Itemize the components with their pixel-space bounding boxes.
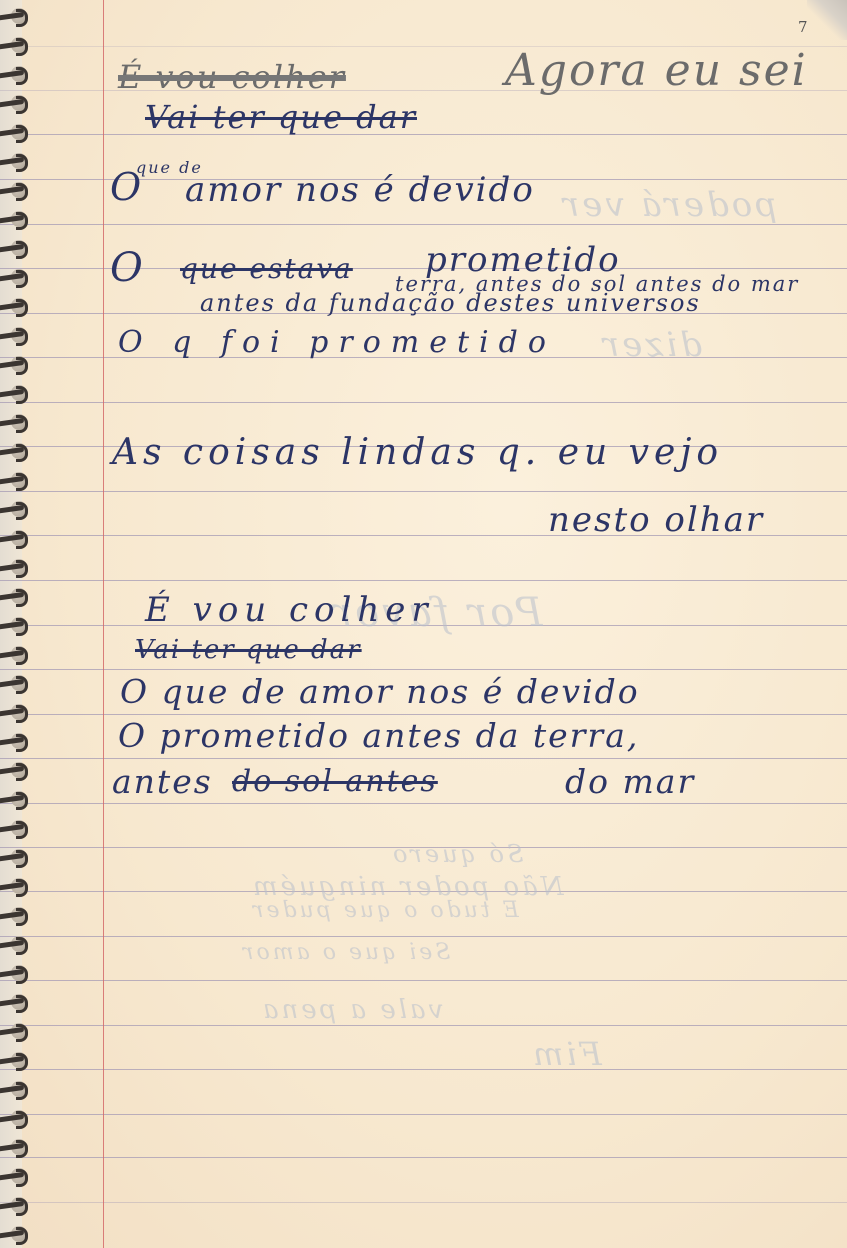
ruled-line xyxy=(0,1069,847,1070)
spiral-ring xyxy=(0,12,30,22)
spiral-ring xyxy=(0,621,30,631)
spiral-ring xyxy=(0,592,30,602)
spiral-ring xyxy=(0,882,30,892)
spiral-ring xyxy=(0,911,30,921)
spiral-ring xyxy=(0,1114,30,1124)
spiral-ring xyxy=(0,1201,30,1211)
handwritten-line-struck: que estava xyxy=(180,252,353,285)
spiral-ring xyxy=(0,302,30,312)
ruled-line xyxy=(0,1157,847,1158)
bleed-through-text: Só quero xyxy=(390,840,523,868)
ruled-line xyxy=(0,714,847,715)
ruled-line xyxy=(0,980,847,981)
handwritten-line: O prometido antes da terra, xyxy=(118,716,639,755)
spiral-ring xyxy=(0,1085,30,1095)
ruled-line xyxy=(0,758,847,759)
handwritten-line: É vou colher xyxy=(145,590,434,630)
bleed-through-text: Sei que o amor xyxy=(240,940,450,965)
margin-line xyxy=(103,0,104,1248)
handwritten-line-struck: Vai ter que dar xyxy=(135,635,362,665)
spiral-ring xyxy=(0,505,30,515)
ruled-line xyxy=(0,1025,847,1026)
notebook-page: 7 poderá ver dizer Por favor Só quero Nã… xyxy=(0,0,847,1248)
spiral-ring xyxy=(0,1230,30,1240)
spiral-ring xyxy=(0,824,30,834)
spiral-ring xyxy=(0,650,30,660)
handwritten-line: nesto olhar xyxy=(548,500,764,540)
handwritten-line: antes xyxy=(112,762,213,801)
ruled-line xyxy=(0,1114,847,1115)
handwritten-line-struck: É vou colher xyxy=(118,58,346,96)
spiral-ring xyxy=(0,1056,30,1066)
spiral-ring xyxy=(0,360,30,370)
spiral-ring xyxy=(0,215,30,225)
handwritten-line: O q foi prometido xyxy=(118,325,556,360)
spiral-ring xyxy=(0,766,30,776)
ruled-line xyxy=(0,491,847,492)
spiral-ring xyxy=(0,418,30,428)
handwritten-line: do mar xyxy=(565,762,695,801)
handwritten-line: antes da fundação destes universos xyxy=(200,289,701,317)
spiral-ring xyxy=(0,708,30,718)
handwritten-line-struck: Vai ter que dar xyxy=(145,98,417,136)
ruled-line xyxy=(0,402,847,403)
spiral-ring xyxy=(0,447,30,457)
spiral-ring xyxy=(0,157,30,167)
spiral-ring xyxy=(0,476,30,486)
spiral-ring xyxy=(0,679,30,689)
bleed-through-text: Fim xyxy=(530,1035,602,1073)
handwritten-line: As coisas lindas q. eu vejo xyxy=(112,432,723,473)
handwritten-line-struck: do sol antes xyxy=(232,764,438,799)
page-corner-curl xyxy=(807,0,847,40)
ruled-line xyxy=(0,669,847,670)
spiral-ring xyxy=(0,940,30,950)
spiral-ring xyxy=(0,795,30,805)
handwritten-line: O xyxy=(110,245,145,291)
bleed-through-text: dizer xyxy=(600,325,702,365)
page-number: 7 xyxy=(798,18,808,36)
ruled-line xyxy=(0,803,847,804)
spiral-ring xyxy=(0,186,30,196)
spiral-ring xyxy=(0,969,30,979)
handwritten-line: Agora eu sei xyxy=(505,45,808,96)
spiral-ring xyxy=(0,737,30,747)
spiral-ring xyxy=(0,998,30,1008)
spiral-ring xyxy=(0,273,30,283)
bleed-through-text: E tudo o que puder xyxy=(250,898,519,923)
ruled-line xyxy=(0,580,847,581)
ruled-line xyxy=(0,134,847,135)
spiral-ring xyxy=(0,1172,30,1182)
spiral-ring xyxy=(0,534,30,544)
ruled-line xyxy=(0,1202,847,1203)
ruled-line xyxy=(0,936,847,937)
spiral-ring xyxy=(0,244,30,254)
spiral-ring xyxy=(0,70,30,80)
handwritten-line: O que de amor nos é devido xyxy=(120,672,640,711)
spiral-ring xyxy=(0,128,30,138)
spiral-ring xyxy=(0,331,30,341)
spiral-ring xyxy=(0,853,30,863)
spiral-ring xyxy=(0,1027,30,1037)
handwritten-line: amor nos é devido xyxy=(185,170,535,210)
spiral-ring xyxy=(0,389,30,399)
bleed-through-text: poderá ver xyxy=(560,185,777,225)
spiral-ring xyxy=(0,41,30,51)
spiral-ring xyxy=(0,1143,30,1153)
spiral-ring xyxy=(0,563,30,573)
spiral-ring xyxy=(0,99,30,109)
bleed-through-text: vale a pena xyxy=(260,995,443,1025)
